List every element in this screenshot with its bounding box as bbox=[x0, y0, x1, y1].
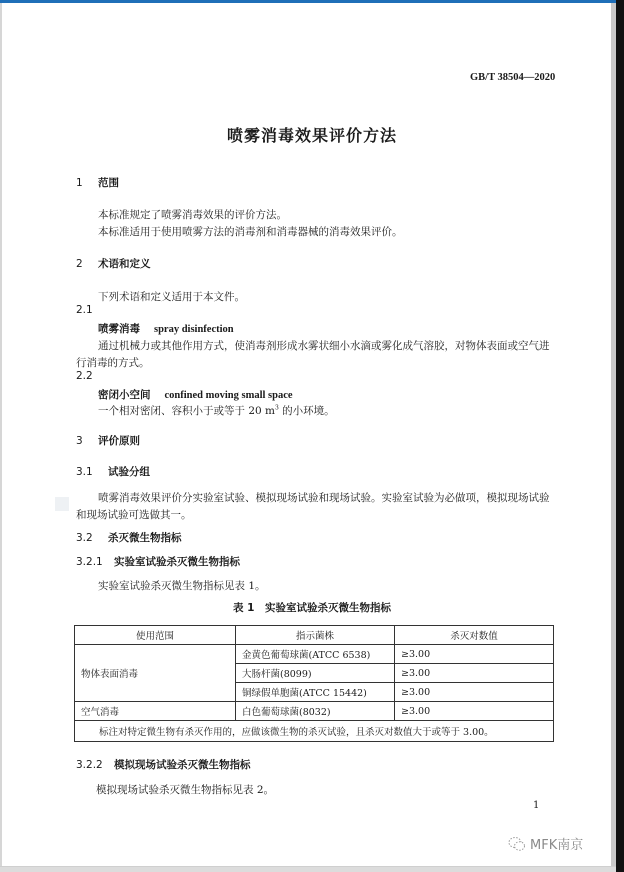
term-number: 2.2 bbox=[76, 370, 93, 382]
section-number: 3.1 bbox=[76, 466, 108, 478]
paragraph: 本标准适用于使用喷雾方法的消毒剂和消毒器械的消毒效果评价。 bbox=[98, 224, 403, 239]
side-tab-handle[interactable] bbox=[55, 497, 69, 511]
wechat-icon bbox=[508, 836, 526, 852]
paragraph: 实验室试验杀灭微生物指标见表 1。 bbox=[98, 578, 266, 593]
column-header: 杀灭对数值 bbox=[395, 626, 554, 645]
definition-text: 的小环境。 bbox=[279, 405, 335, 417]
table-row: 空气消毒 白色葡萄球菌(8032) ≥3.00 bbox=[75, 702, 554, 721]
term-definition: 通过机械力或其他作用方式，使消毒剂形成水雾状细小水滴或雾化成气溶胶，对物体表面或… bbox=[98, 338, 550, 353]
term-en: confined moving small space bbox=[165, 390, 293, 401]
term-en: spray disinfection bbox=[154, 324, 234, 335]
subsection-3-2-heading: 3.2杀灭微生物指标 bbox=[76, 530, 182, 545]
strain-cell: 大肠杆菌(8099) bbox=[236, 664, 395, 683]
table-row: 物体表面消毒 金黄色葡萄球菌(ATCC 6538) ≥3.00 bbox=[75, 645, 554, 664]
term-zh: 密闭小空间 bbox=[98, 389, 151, 401]
section-number: 2 bbox=[76, 258, 98, 270]
term-number: 2.1 bbox=[76, 304, 93, 316]
term-heading: 密闭小空间confined moving small space bbox=[98, 387, 293, 402]
subsection-3-2-2-heading: 3.2.2模拟现场试验杀灭微生物指标 bbox=[76, 757, 251, 772]
watermark-text: MFK南京 bbox=[530, 834, 583, 853]
table-note: 标注对特定微生物有杀灭作用的，应做该微生物的杀灭试验，且杀灭对数值大于或等于 3… bbox=[75, 721, 554, 742]
page-bottom-edge bbox=[0, 866, 616, 872]
scope-cell: 物体表面消毒 bbox=[75, 645, 236, 702]
definition-text: 一个相对密闭、容积小于或等于 20 m bbox=[98, 405, 275, 417]
strain-cell: 铜绿假单胞菌(ATCC 15442) bbox=[236, 683, 395, 702]
section-number: 3.2.2 bbox=[76, 759, 114, 771]
paragraph: 下列术语和定义适用于本文件。 bbox=[98, 289, 245, 304]
section-title: 试验分组 bbox=[108, 466, 150, 478]
column-header: 使用范围 bbox=[75, 626, 236, 645]
paragraph: 本标准规定了喷雾消毒效果的评价方法。 bbox=[98, 207, 287, 222]
section-title: 范围 bbox=[98, 177, 119, 189]
section-title: 实验室试验杀灭微生物指标 bbox=[114, 556, 240, 568]
section-3-heading: 3评价原则 bbox=[76, 433, 140, 448]
term-definition-cont: 行消毒的方式。 bbox=[76, 355, 150, 370]
page-number: 1 bbox=[533, 800, 539, 811]
strain-cell: 白色葡萄球菌(8032) bbox=[236, 702, 395, 721]
subsection-3-1-heading: 3.1试验分组 bbox=[76, 464, 150, 479]
value-cell: ≥3.00 bbox=[395, 702, 554, 721]
window-top-bar bbox=[0, 0, 624, 3]
section-title: 杀灭微生物指标 bbox=[108, 532, 182, 544]
value-cell: ≥3.00 bbox=[395, 664, 554, 683]
section-1-heading: 1范围 bbox=[76, 175, 119, 190]
term-definition: 一个相对密闭、容积小于或等于 20 m3 的小环境。 bbox=[98, 403, 335, 418]
column-header: 指示菌株 bbox=[236, 626, 395, 645]
section-number: 3 bbox=[76, 435, 98, 447]
section-2-heading: 2术语和定义 bbox=[76, 256, 151, 271]
section-number: 3.2 bbox=[76, 532, 108, 544]
table-header-row: 使用范围 指示菌株 杀灭对数值 bbox=[75, 626, 554, 645]
table-note-row: 标注对特定微生物有杀灭作用的，应做该微生物的杀灭试验，且杀灭对数值大于或等于 3… bbox=[75, 721, 554, 742]
scope-cell: 空气消毒 bbox=[75, 702, 236, 721]
watermark: MFK南京 bbox=[508, 834, 583, 853]
section-title: 术语和定义 bbox=[98, 258, 151, 270]
section-title: 评价原则 bbox=[98, 435, 140, 447]
document-title: 喷雾消毒效果评价方法 bbox=[0, 123, 624, 146]
table-caption: 表 1 实验室试验杀灭微生物指标 bbox=[0, 600, 624, 615]
table-1: 使用范围 指示菌株 杀灭对数值 物体表面消毒 金黄色葡萄球菌(ATCC 6538… bbox=[74, 625, 554, 742]
strain-cell: 金黄色葡萄球菌(ATCC 6538) bbox=[236, 645, 395, 664]
value-cell: ≥3.00 bbox=[395, 645, 554, 664]
term-zh: 喷雾消毒 bbox=[98, 323, 140, 335]
subsection-3-2-1-heading: 3.2.1实验室试验杀灭微生物指标 bbox=[76, 554, 240, 569]
paragraph-cont: 和现场试验可选做其一。 bbox=[76, 507, 192, 522]
standard-code: GB/T 38504—2020 bbox=[470, 72, 555, 83]
term-heading: 喷雾消毒spray disinfection bbox=[98, 321, 234, 336]
section-number: 1 bbox=[76, 177, 98, 189]
section-number: 3.2.1 bbox=[76, 556, 114, 568]
paragraph: 模拟现场试验杀灭微生物指标见表 2。 bbox=[96, 782, 274, 797]
value-cell: ≥3.00 bbox=[395, 683, 554, 702]
section-title: 模拟现场试验杀灭微生物指标 bbox=[114, 759, 251, 771]
paragraph: 喷雾消毒效果评价分实验室试验、模拟现场试验和现场试验。实验室试验为必做项，模拟现… bbox=[98, 490, 550, 505]
